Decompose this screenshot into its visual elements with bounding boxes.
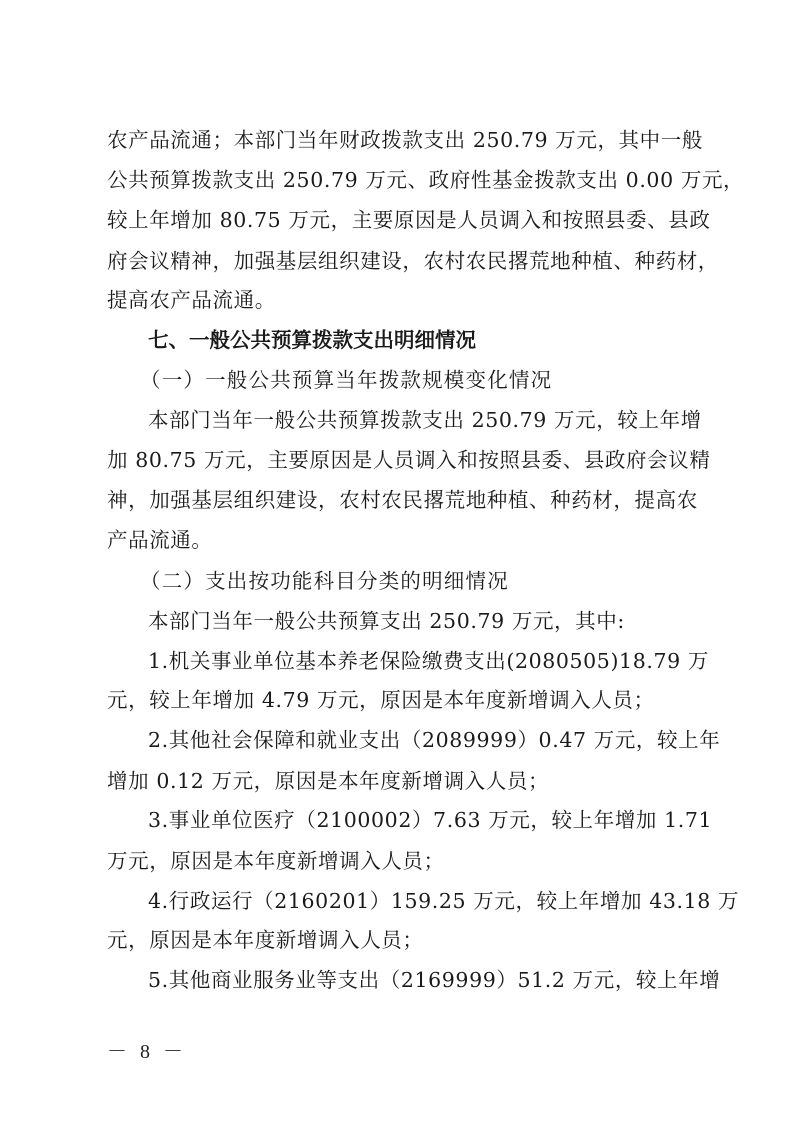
document-page: 农产品流通；本部门当年财政拨款支出 250.79 万元，其中一般 公共预算拨款支… bbox=[0, 0, 793, 1122]
list-item-line: 增加 0.12 万元，原因是本年度新增调入人员； bbox=[107, 761, 689, 801]
paragraph-line: 较上年增加 80.75 万元，主要原因是人员调入和按照县委、县政 bbox=[107, 200, 689, 240]
list-item-line: 元，较上年增加 4.79 万元，原因是本年度新增调入人员； bbox=[107, 680, 689, 720]
list-item-line: 5.其他商业服务业等支出（2169999）51.2 万元，较上年增 bbox=[148, 960, 689, 1000]
paragraph-line: 本部门当年一般公共预算支出 250.79 万元，其中: bbox=[148, 601, 689, 641]
list-item-line: 4.行政运行（2160201）159.25 万元，较上年增加 43.18 万 bbox=[148, 881, 689, 921]
list-item-line: 元，原因是本年度新增调入人员； bbox=[107, 920, 689, 960]
list-item-line: 1.机关事业单位基本养老保险缴费支出(2080505)18.79 万 bbox=[148, 641, 689, 681]
subsection-heading: （二）支出按功能科目分类的明细情况 bbox=[140, 561, 681, 601]
list-item-line: 3.事业单位医疗（2100002）7.63 万元，较上年增加 1.71 bbox=[148, 800, 689, 840]
page-number: － 8 － bbox=[107, 1038, 187, 1066]
paragraph-line: 加 80.75 万元，主要原因是人员调入和按照县委、县政府会议精 bbox=[107, 440, 689, 480]
paragraph-line: 本部门当年一般公共预算拨款支出 250.79 万元，较上年增 bbox=[148, 400, 689, 440]
subsection-heading: （一）一般公共预算当年拨款规模变化情况 bbox=[140, 360, 681, 400]
paragraph-line: 神，加强基层组织建设，农村农民撂荒地种植、种药材，提高农 bbox=[107, 480, 689, 520]
paragraph-line: 提高农产品流通。 bbox=[107, 280, 689, 320]
list-item-line: 2.其他社会保障和就业支出（2089999）0.47 万元，较上年 bbox=[148, 720, 689, 760]
list-item-line: 万元，原因是本年度新增调入人员； bbox=[107, 841, 689, 881]
paragraph-line: 府会议精神，加强基层组织建设，农村农民撂荒地种植、种药材， bbox=[107, 241, 689, 281]
paragraph-line: 产品流通。 bbox=[107, 520, 689, 560]
section-heading: 七、一般公共预算拨款支出明细情况 bbox=[148, 320, 689, 360]
paragraph-line: 农产品流通；本部门当年财政拨款支出 250.79 万元，其中一般 bbox=[107, 120, 689, 160]
paragraph-line: 公共预算拨款支出 250.79 万元、政府性基金拨款支出 0.00 万元， bbox=[107, 160, 689, 200]
